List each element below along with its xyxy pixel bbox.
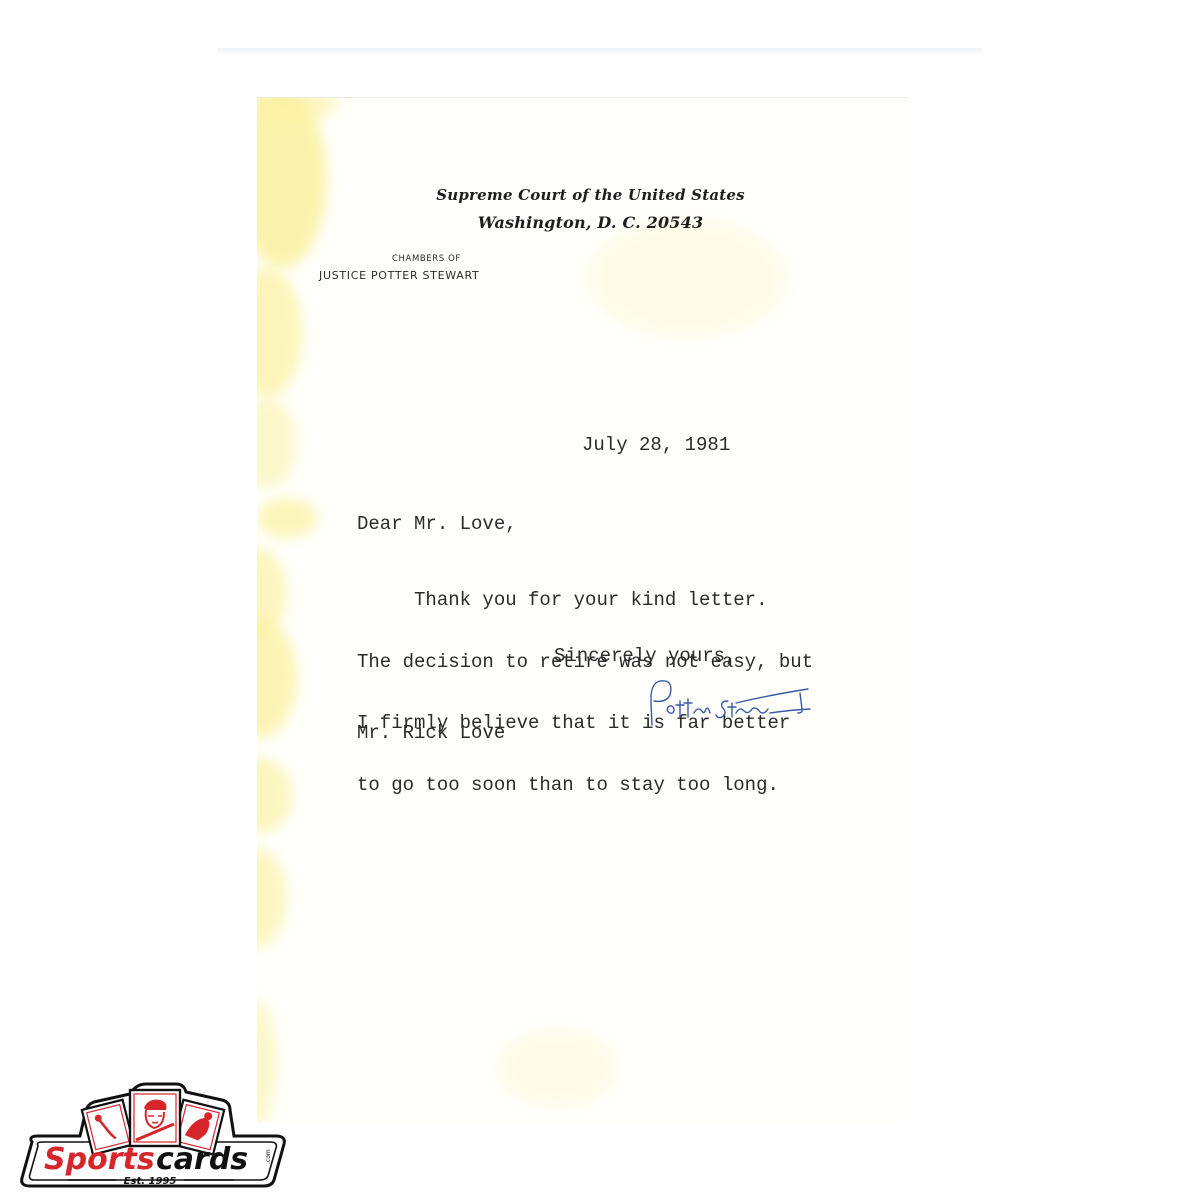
logo-brand-sports: Sports (44, 1142, 155, 1177)
paper-stain (257, 618, 297, 738)
letter-paper: Supreme Court of the United States Washi… (257, 97, 908, 1122)
paper-stain (257, 758, 292, 833)
chambers-label: CHAMBERS OF (392, 254, 461, 264)
paper-stain (497, 1028, 617, 1108)
logo-brand-cards: cards (156, 1142, 248, 1177)
justice-name: JUSTICE POTTER STEWART (319, 269, 479, 282)
letterhead-address: Washington, D. C. 20543 (265, 213, 908, 232)
paper-stain (587, 218, 787, 338)
paper-stain (257, 268, 302, 398)
paper-stain (257, 398, 297, 488)
paper-stain (257, 97, 327, 268)
closing: Sincerely yours, (554, 646, 736, 667)
paper-stain (257, 848, 287, 948)
sportscards-logo: Sports cards .com Est. 1995 (8, 1080, 298, 1188)
letterhead-court-name: Supreme Court of the United States (265, 186, 908, 204)
body-line: Thank you for your kind letter. (357, 590, 813, 611)
salutation: Dear Mr. Love, (357, 514, 517, 535)
logo-tagline: Est. 1995 (124, 1176, 177, 1187)
recipient-name: Mr. Rick Love (357, 723, 505, 744)
body-line: to go too soon than to stay too long. (357, 775, 813, 796)
scanner-bed-edge (218, 48, 982, 54)
paper-stain (257, 498, 317, 538)
paper-stain (257, 97, 337, 123)
logo-domain-suffix: .com (265, 1149, 272, 1164)
signature-potter-stewart (640, 673, 830, 733)
letter-date: July 28, 1981 (582, 435, 730, 456)
paper-stain (257, 548, 287, 638)
